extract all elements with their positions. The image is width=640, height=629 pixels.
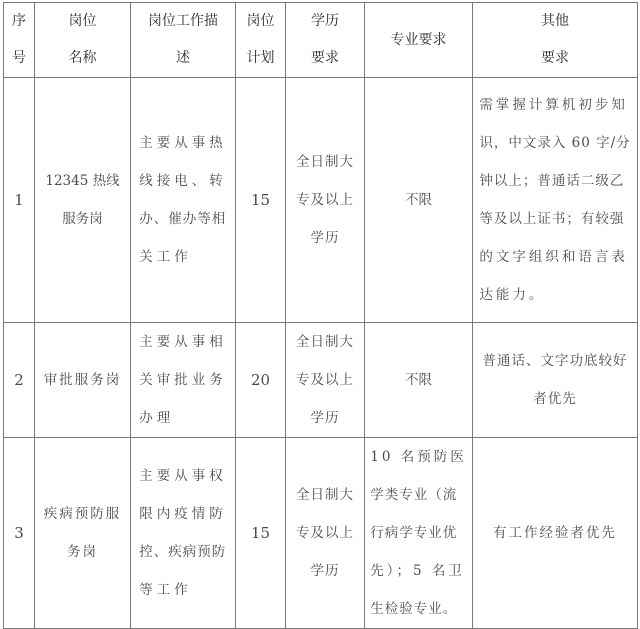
text-line: 主要从事热 — [139, 124, 227, 162]
header-text: 岗位 — [236, 3, 285, 40]
text-line: 有工作经验者优先 — [493, 514, 617, 552]
cell-quota: 20 — [236, 323, 286, 438]
other-text: 普通话、文字功底较好 者优先 — [483, 342, 628, 418]
cell-other: 普通话、文字功底较好 者优先 — [473, 323, 638, 438]
text-line: 钟以上；普通话二级乙 — [479, 162, 630, 200]
text-line: 学类专业（流 — [370, 476, 466, 514]
cell-major: 10 名预防医 学类专业（流 行病学专业优 先）；5 名卫 生检验专业。 — [365, 438, 473, 629]
text-line: 的文字组织和语言表 — [479, 238, 630, 276]
text-line: 学历 — [296, 219, 354, 257]
text-line: 务岗 — [44, 533, 122, 571]
header-text: 要求 — [473, 40, 637, 77]
text-line: 全日制大 — [296, 143, 354, 181]
text-line: 全日制大 — [296, 323, 354, 361]
text-line: 识，中文录入 60 字/分 — [479, 124, 630, 162]
header-text: 计划 — [236, 40, 285, 77]
cell-description: 主要从事权 限内疫情防 控、疾病预防 等工作 — [131, 438, 236, 629]
text-line: 主要从事权 — [139, 457, 227, 495]
other-text: 有工作经验者优先 — [493, 514, 617, 552]
education-text: 全日制大 专及以上 学历 — [296, 143, 354, 257]
text-line: 10 名预防医 — [370, 438, 466, 476]
text-line: 关审批业务 — [139, 361, 227, 399]
education-text: 全日制大 专及以上 学历 — [296, 323, 354, 437]
table-row: 3 疾病预防服 务岗 主要从事权 限内疫情防 控、疾病预防 等工作 15 全日制… — [4, 438, 638, 629]
header-text: 学历 — [286, 3, 364, 40]
header-text: 号 — [4, 40, 34, 77]
text-line: 12345 热线 — [45, 162, 119, 200]
cell-major: 不限 — [365, 323, 473, 438]
text-line: 普通话、文字功底较好 — [483, 342, 628, 380]
text-line: 行病学专业优 — [370, 514, 466, 552]
header-text: 名称 — [35, 40, 130, 77]
cell-no: 1 — [4, 78, 35, 323]
text-line: 线接电、转 — [139, 162, 227, 200]
header-row: 序 号 岗位 名称 岗位工作描 述 岗位 计划 学历 要求 专业要求 — [4, 3, 638, 78]
text-line: 审批服务岗 — [44, 361, 122, 399]
header-position: 岗位 名称 — [35, 3, 131, 78]
header-text: 专业要求 — [365, 22, 472, 59]
header-text: 岗位 — [35, 3, 130, 40]
cell-no: 2 — [4, 323, 35, 438]
text-line: 生检验专业。 — [370, 590, 466, 628]
description-text: 主要从事热 线接电、转 办、催办等相 关工作 — [139, 124, 227, 276]
header-text: 其他 — [473, 3, 637, 40]
text-line: 专及以上 — [296, 181, 354, 219]
header-education: 学历 要求 — [286, 3, 365, 78]
text-line: 达能力。 — [479, 276, 630, 314]
major-text: 10 名预防医 学类专业（流 行病学专业优 先）；5 名卫 生检验专业。 — [370, 438, 466, 628]
cell-position: 疾病预防服 务岗 — [35, 438, 131, 629]
text-line: 限内疫情防 — [139, 495, 227, 533]
header-major: 专业要求 — [365, 3, 473, 78]
cell-description: 主要从事相 关审批业务 办理 — [131, 323, 236, 438]
cell-position: 12345 热线 服务岗 — [35, 78, 131, 323]
text-line: 等及以上证书；有较强 — [479, 200, 630, 238]
text-line: 学历 — [296, 399, 354, 437]
cell-major: 不限 — [365, 78, 473, 323]
recruitment-table: 序 号 岗位 名称 岗位工作描 述 岗位 计划 学历 要求 专业要求 — [3, 2, 638, 629]
text-line: 主要从事相 — [139, 323, 227, 361]
text-line: 等工作 — [139, 571, 227, 609]
table-row: 1 12345 热线 服务岗 主要从事热 线接电、转 办、催办等相 关工作 15… — [4, 78, 638, 323]
text-line: 需掌握计算机初步知 — [479, 86, 630, 124]
text-line: 办理 — [139, 399, 227, 437]
text-line: 专及以上 — [296, 514, 354, 552]
position-text: 疾病预防服 务岗 — [44, 495, 122, 571]
header-description: 岗位工作描 述 — [131, 3, 236, 78]
text-line: 控、疾病预防 — [139, 533, 227, 571]
cell-quota: 15 — [236, 438, 286, 629]
header-text: 岗位工作描 — [131, 3, 235, 40]
text-line: 先）；5 名卫 — [370, 552, 466, 590]
text-line: 学历 — [296, 552, 354, 590]
text-line: 服务岗 — [45, 200, 119, 238]
education-text: 全日制大 专及以上 学历 — [296, 476, 354, 590]
cell-education: 全日制大 专及以上 学历 — [286, 78, 365, 323]
major-text: 不限 — [405, 192, 432, 208]
cell-other: 有工作经验者优先 — [473, 438, 638, 629]
cell-no: 3 — [4, 438, 35, 629]
header-no: 序 号 — [4, 3, 35, 78]
header-text: 述 — [131, 40, 235, 77]
cell-education: 全日制大 专及以上 学历 — [286, 323, 365, 438]
header-text: 要求 — [286, 40, 364, 77]
text-line: 办、催办等相 — [139, 200, 227, 238]
cell-other: 需掌握计算机初步知 识，中文录入 60 字/分 钟以上；普通话二级乙 等及以上证… — [473, 78, 638, 323]
position-text: 审批服务岗 — [44, 361, 122, 399]
description-text: 主要从事相 关审批业务 办理 — [139, 323, 227, 437]
text-line: 者优先 — [483, 380, 628, 418]
cell-description: 主要从事热 线接电、转 办、催办等相 关工作 — [131, 78, 236, 323]
header-quota: 岗位 计划 — [236, 3, 286, 78]
major-text: 不限 — [405, 372, 432, 388]
text-line: 专及以上 — [296, 361, 354, 399]
description-text: 主要从事权 限内疫情防 控、疾病预防 等工作 — [139, 457, 227, 609]
header-other: 其他 要求 — [473, 3, 638, 78]
position-text: 12345 热线 服务岗 — [45, 162, 119, 238]
other-text: 需掌握计算机初步知 识，中文录入 60 字/分 钟以上；普通话二级乙 等及以上证… — [479, 86, 630, 314]
text-line: 全日制大 — [296, 476, 354, 514]
cell-quota: 15 — [236, 78, 286, 323]
header-text: 序 — [4, 3, 34, 40]
cell-education: 全日制大 专及以上 学历 — [286, 438, 365, 629]
cell-position: 审批服务岗 — [35, 323, 131, 438]
text-line: 关工作 — [139, 238, 227, 276]
table-row: 2 审批服务岗 主要从事相 关审批业务 办理 20 全日制大 专及以上 学历 — [4, 323, 638, 438]
text-line: 疾病预防服 — [44, 495, 122, 533]
